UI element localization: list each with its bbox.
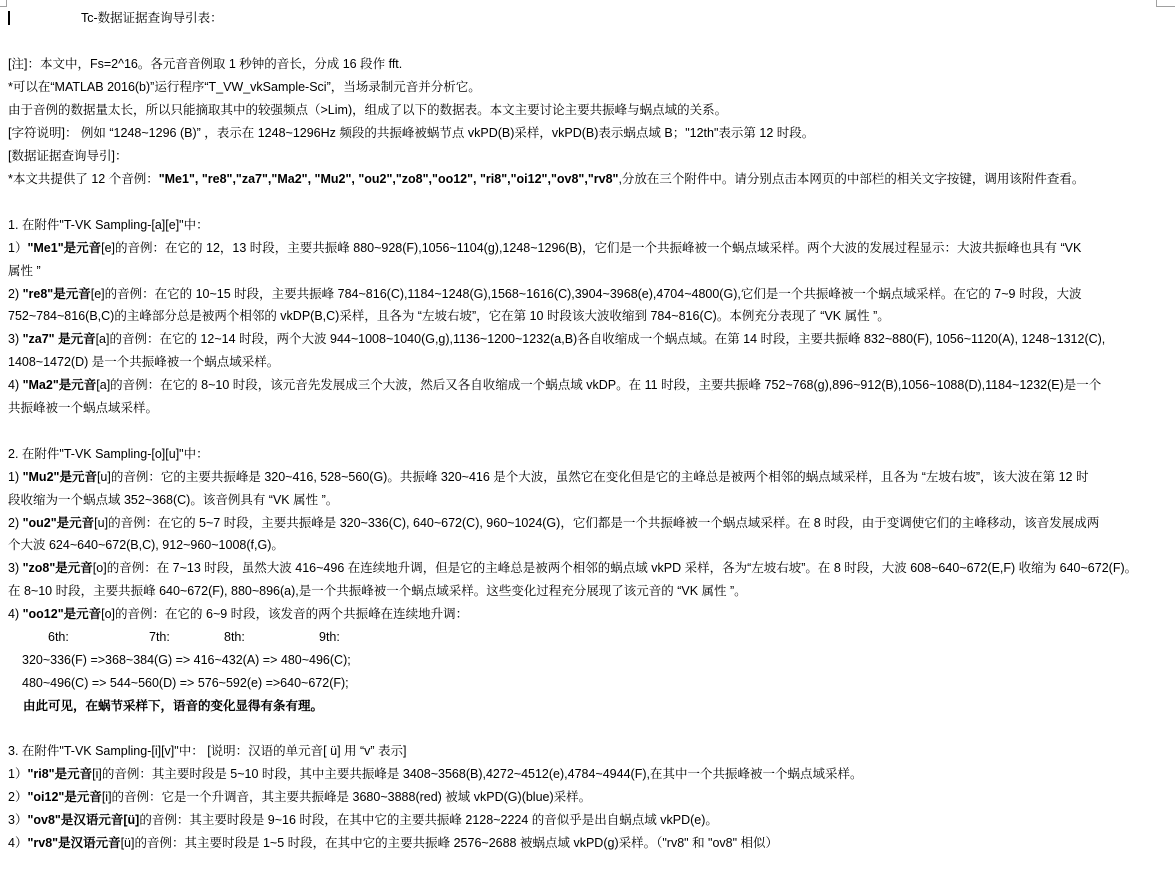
text-cursor [8, 11, 10, 25]
item-text: [i]的音例：其主要时段是 5~10 时段，其中主要共振峰是 3408~3568… [92, 767, 862, 781]
item-number: 1) [8, 470, 23, 484]
limit-line: 由于音例的数据量太长，所以只能摘取其中的较强频点（>Lim)，组成了以下的数据表… [8, 101, 727, 119]
legend-line: [字符说明]： 例如 “1248~1296 (B)” ，表示在 1248~129… [8, 124, 814, 142]
item-sample-name: "oo12"是元音 [23, 607, 102, 621]
item-text: [i]的音例：它是一个升调音，其主要共振峰是 3680~3888(red) 被域… [102, 790, 591, 804]
item-number: 3） [8, 813, 27, 827]
samples-line: *本文共提供了 12 个音例："Me1", "re8","za7","Ma2",… [8, 170, 1084, 188]
item-text: [o]的音例：在它的 6~9 时段，该发音的两个共振峰在连续地升调： [101, 607, 468, 621]
guide-heading: [数据证据查询导引]： [8, 147, 127, 165]
item-number: 4) [8, 607, 23, 621]
period-label-6th: 6th: [48, 628, 69, 646]
item-sample-name: "re8"是元音 [23, 287, 91, 301]
section1-item3-cont: 1408~1472(D) 是一个共振峰被一个蜗点域采样。 [8, 353, 279, 371]
section2-heading: 2. 在附件"T-VK Sampling-[o][u]"中： [8, 445, 209, 463]
formant-sequence-2: 480~496(C) => 544~560(D) => 576~592(e) =… [22, 674, 349, 692]
item-number: 4) [8, 378, 23, 392]
item-number: 1） [8, 241, 27, 255]
section1-item4-cont: 共振峰被一个蜗点域采样。 [8, 399, 158, 417]
section1-item1-cont: 属性 ” [8, 262, 41, 280]
item-sample-name: "oi12"是元音 [27, 790, 101, 804]
page-corner-mark-top-right [1156, 0, 1175, 7]
samples-prefix: *本文共提供了 12 个音例： [8, 172, 159, 186]
item-sample-name: "Me1"是元音 [27, 241, 101, 255]
item-text: 的音例：其主要时段是 9~16 时段，在其中它的主要共振峰 2128~2224 … [139, 813, 718, 827]
period-label-7th: 7th: [149, 628, 170, 646]
section3-heading: 3. 在附件"T-VK Sampling-[i][v]"中： [说明：汉语的单元… [8, 742, 407, 760]
section1-item2: 2) "re8"是元音[e]的音例：在它的 10~15 时段，主要共振峰 784… [8, 285, 1081, 303]
section3-item2: 2）"oi12"是元音[i]的音例：它是一个升调音，其主要共振峰是 3680~3… [8, 788, 591, 806]
samples-list: "Me1", "re8","za7","Ma2", "Mu2", "ou2","… [159, 172, 619, 186]
item-sample-name: "zo8"是元音 [23, 561, 93, 575]
item-sample-name: "Mu2"是元音 [23, 470, 97, 484]
page-corner-mark-top-left [0, 0, 7, 7]
document-title: Tc-数据证据查询导引表： [81, 9, 223, 27]
item-sample-name: "za7" 是元音 [23, 332, 96, 346]
item-text: [a]的音例：在它的 8~10 时段，该元音先发展成三个大波，然后又各自收缩成一… [96, 378, 1101, 392]
section3-item3: 3）"ov8"是汉语元音[ü]的音例：其主要时段是 9~16 时段，在其中它的主… [8, 811, 718, 829]
samples-suffix: ,分放在三个附件中。请分别点击本网页的中部栏的相关文字按键，调用该附件查看。 [618, 172, 1084, 186]
item-text: [ü]的音例：其主要时段是 1~5 时段，在其中它的主要共振峰 2576~268… [121, 836, 778, 850]
item-sample-name: "ri8"是元音 [27, 767, 92, 781]
section2-item2: 2) "ou2"是元音[u]的音例：在它的 5~7 时段，主要共振峰是 320~… [8, 514, 1099, 532]
section3-item1: 1）"ri8"是元音[i]的音例：其主要时段是 5~10 时段，其中主要共振峰是… [8, 765, 862, 783]
section1-item1: 1）"Me1"是元音[e]的音例：在它的 12，13 时段，主要共振峰 880~… [8, 239, 1081, 257]
item-number: 2) [8, 287, 23, 301]
period-label-9th: 9th: [319, 628, 340, 646]
item-number: 2） [8, 790, 27, 804]
note-line: [注]：本文中，Fs=2^16。各元音音例取 1 秒钟的音长，分成 16 段作 … [8, 55, 402, 73]
item-text: [a]的音例：在它的 12~14 时段，两个大波 944~1008~1040(G… [96, 332, 1106, 346]
item-number: 2) [8, 516, 23, 530]
section2-item1: 1) "Mu2"是元音[u]的音例：它的主要共振峰是 320~416, 528~… [8, 468, 1088, 486]
item-text: [e]的音例：在它的 12，13 时段，主要共振峰 880~928(F),105… [101, 241, 1081, 255]
item-text: [o]的音例：在 7~13 时段，虽然大波 416~496 在连续地升调，但是它… [93, 561, 1137, 575]
item-text: [u]的音例：它的主要共振峰是 320~416, 528~560(G)。共振峰 … [97, 470, 1089, 484]
formant-sequence-1: 320~336(F) =>368~384(G) => 416~432(A) =>… [22, 651, 351, 669]
section2-item1-cont: 段收缩为一个蜗点域 352~368(C)。该音例具有 “VK 属性 ”。 [8, 491, 338, 509]
item-number: 3) [8, 561, 23, 575]
item-sample-name: "rv8"是汉语元音 [27, 836, 120, 850]
item-number: 1） [8, 767, 27, 781]
conclusion-line: 由此可见，在蜗节采样下，语音的变化显得有条有理。 [23, 697, 323, 715]
item-number: 4） [8, 836, 27, 850]
section1-item2-cont: 752~784~816(B,C)的主峰部分总是被两个相邻的 vkDP(B,C)采… [8, 307, 890, 325]
section1-item4: 4) "Ma2"是元音[a]的音例：在它的 8~10 时段，该元音先发展成三个大… [8, 376, 1101, 394]
section1-heading: 1. 在附件"T-VK Sampling-[a][e]"中： [8, 216, 209, 234]
item-sample-name: "Ma2"是元音 [23, 378, 97, 392]
section2-item2-cont: 个大波 624~640~672(B,C), 912~960~1008(f,G)。 [8, 536, 284, 554]
section2-item4: 4) "oo12"是元音[o]的音例：在它的 6~9 时段，该发音的两个共振峰在… [8, 605, 468, 623]
section2-item3: 3) "zo8"是元音[o]的音例：在 7~13 时段，虽然大波 416~496… [8, 559, 1137, 577]
item-sample-name: "ov8"是汉语元音[ü] [27, 813, 139, 827]
section2-item3-cont: 在 8~10 时段，主要共振峰 640~672(F), 880~896(a),是… [8, 582, 747, 600]
item-sample-name: "ou2"是元音 [23, 516, 95, 530]
section1-item3: 3) "za7" 是元音[a]的音例：在它的 12~14 时段，两个大波 944… [8, 330, 1105, 348]
section3-item4: 4）"rv8"是汉语元音[ü]的音例：其主要时段是 1~5 时段，在其中它的主要… [8, 834, 778, 852]
item-text: [e]的音例：在它的 10~15 时段，主要共振峰 784~816(C),118… [91, 287, 1082, 301]
item-text: [u]的音例：在它的 5~7 时段，主要共振峰是 320~336(C), 640… [94, 516, 1099, 530]
period-label-8th: 8th: [224, 628, 245, 646]
item-number: 3) [8, 332, 23, 346]
matlab-line: *可以在“MATLAB 2016(b)”运行程序“T_VW_vkSample-S… [8, 78, 481, 96]
